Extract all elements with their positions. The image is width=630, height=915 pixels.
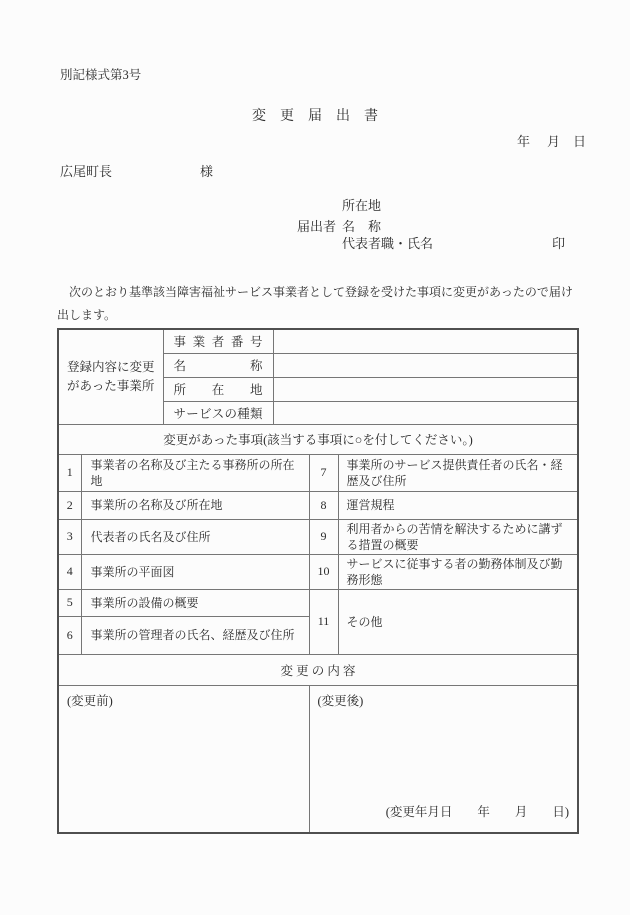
service-type-label: サービスの種類 (163, 401, 273, 424)
service-type-value (273, 401, 578, 424)
item-number: 9 (309, 519, 338, 554)
applicant-label: 届出者 (297, 216, 336, 235)
item-number: 2 (58, 491, 81, 519)
change-after-cell: (変更後) (変更年月日 年 月 日) (309, 685, 578, 833)
item-number: 3 (58, 519, 81, 554)
item-number: 4 (58, 554, 81, 589)
item-text: 事業所の管理者の氏名、経歴及び住所 (81, 616, 309, 654)
change-before-cell: (変更前) (58, 685, 309, 833)
item-text: サービスに従事する者の勤務体制及び勤務形態 (338, 554, 578, 589)
item-text: 事業所の平面図 (81, 554, 309, 589)
changed-items-header: 変更があった事項(該当する事項に○を付してください。) (58, 424, 578, 454)
item-text: 事業所のサービス提供責任者の氏名・経歴及び住所 (338, 454, 578, 491)
item-text: 事業所の名称及び所在地 (81, 491, 309, 519)
item-text: その他 (338, 589, 578, 654)
item-number: 10 (309, 554, 338, 589)
applicant-address-label: 所在地 (342, 195, 381, 214)
office-name-value (273, 353, 578, 377)
date-day-label: 日 (573, 131, 586, 150)
item-text: 利用者からの苦情を解決するために講ずる措置の概要 (338, 519, 578, 554)
item-number: 11 (309, 589, 338, 654)
document-title: 変 更 届 出 書 (0, 105, 630, 125)
change-before-label: (変更前) (67, 694, 113, 708)
date-year-label: 年 (517, 131, 530, 150)
intro-paragraph: 次のとおり基準該当障害福祉サービス事業者として登録を受けた事項に変更があったので… (57, 281, 581, 327)
seal-label: 印 (552, 233, 565, 252)
change-notification-table: 登録内容に変更 があった事業所 事業者番号 名称 所在地 サービスの種類 変更が… (57, 328, 579, 834)
office-name-label: 名称 (163, 353, 273, 377)
item-text: 事業者の名称及び主たる事務所の所在地 (81, 454, 309, 491)
office-location-label: 所在地 (163, 377, 273, 401)
addressee-name: 広尾町長 (60, 161, 112, 180)
item-number: 6 (58, 616, 81, 654)
item-number: 8 (309, 491, 338, 519)
date-month-label: 月 (547, 131, 560, 150)
item-text: 運営規程 (338, 491, 578, 519)
office-section-label: 登録内容に変更 があった事業所 (58, 329, 163, 424)
applicant-representative-label: 代表者職・氏名 (342, 233, 433, 252)
change-date-line: (変更年月日 年 月 日) (386, 802, 569, 820)
item-text: 事業所の設備の概要 (81, 589, 309, 616)
item-text: 代表者の氏名及び住所 (81, 519, 309, 554)
office-number-label: 事業者番号 (163, 329, 273, 353)
item-number: 7 (309, 454, 338, 491)
item-number: 5 (58, 589, 81, 616)
document-page: 別記様式第3号 変 更 届 出 書 年 月 日 広尾町長 様 届出者 所在地 名… (0, 0, 630, 915)
change-content-header: 変 更 の 内 容 (58, 654, 578, 685)
office-number-value (273, 329, 578, 353)
addressee-honorific: 様 (200, 161, 213, 180)
form-number: 別記様式第3号 (60, 65, 141, 83)
change-after-label: (変更後) (318, 694, 364, 708)
office-location-value (273, 377, 578, 401)
item-number: 1 (58, 454, 81, 491)
